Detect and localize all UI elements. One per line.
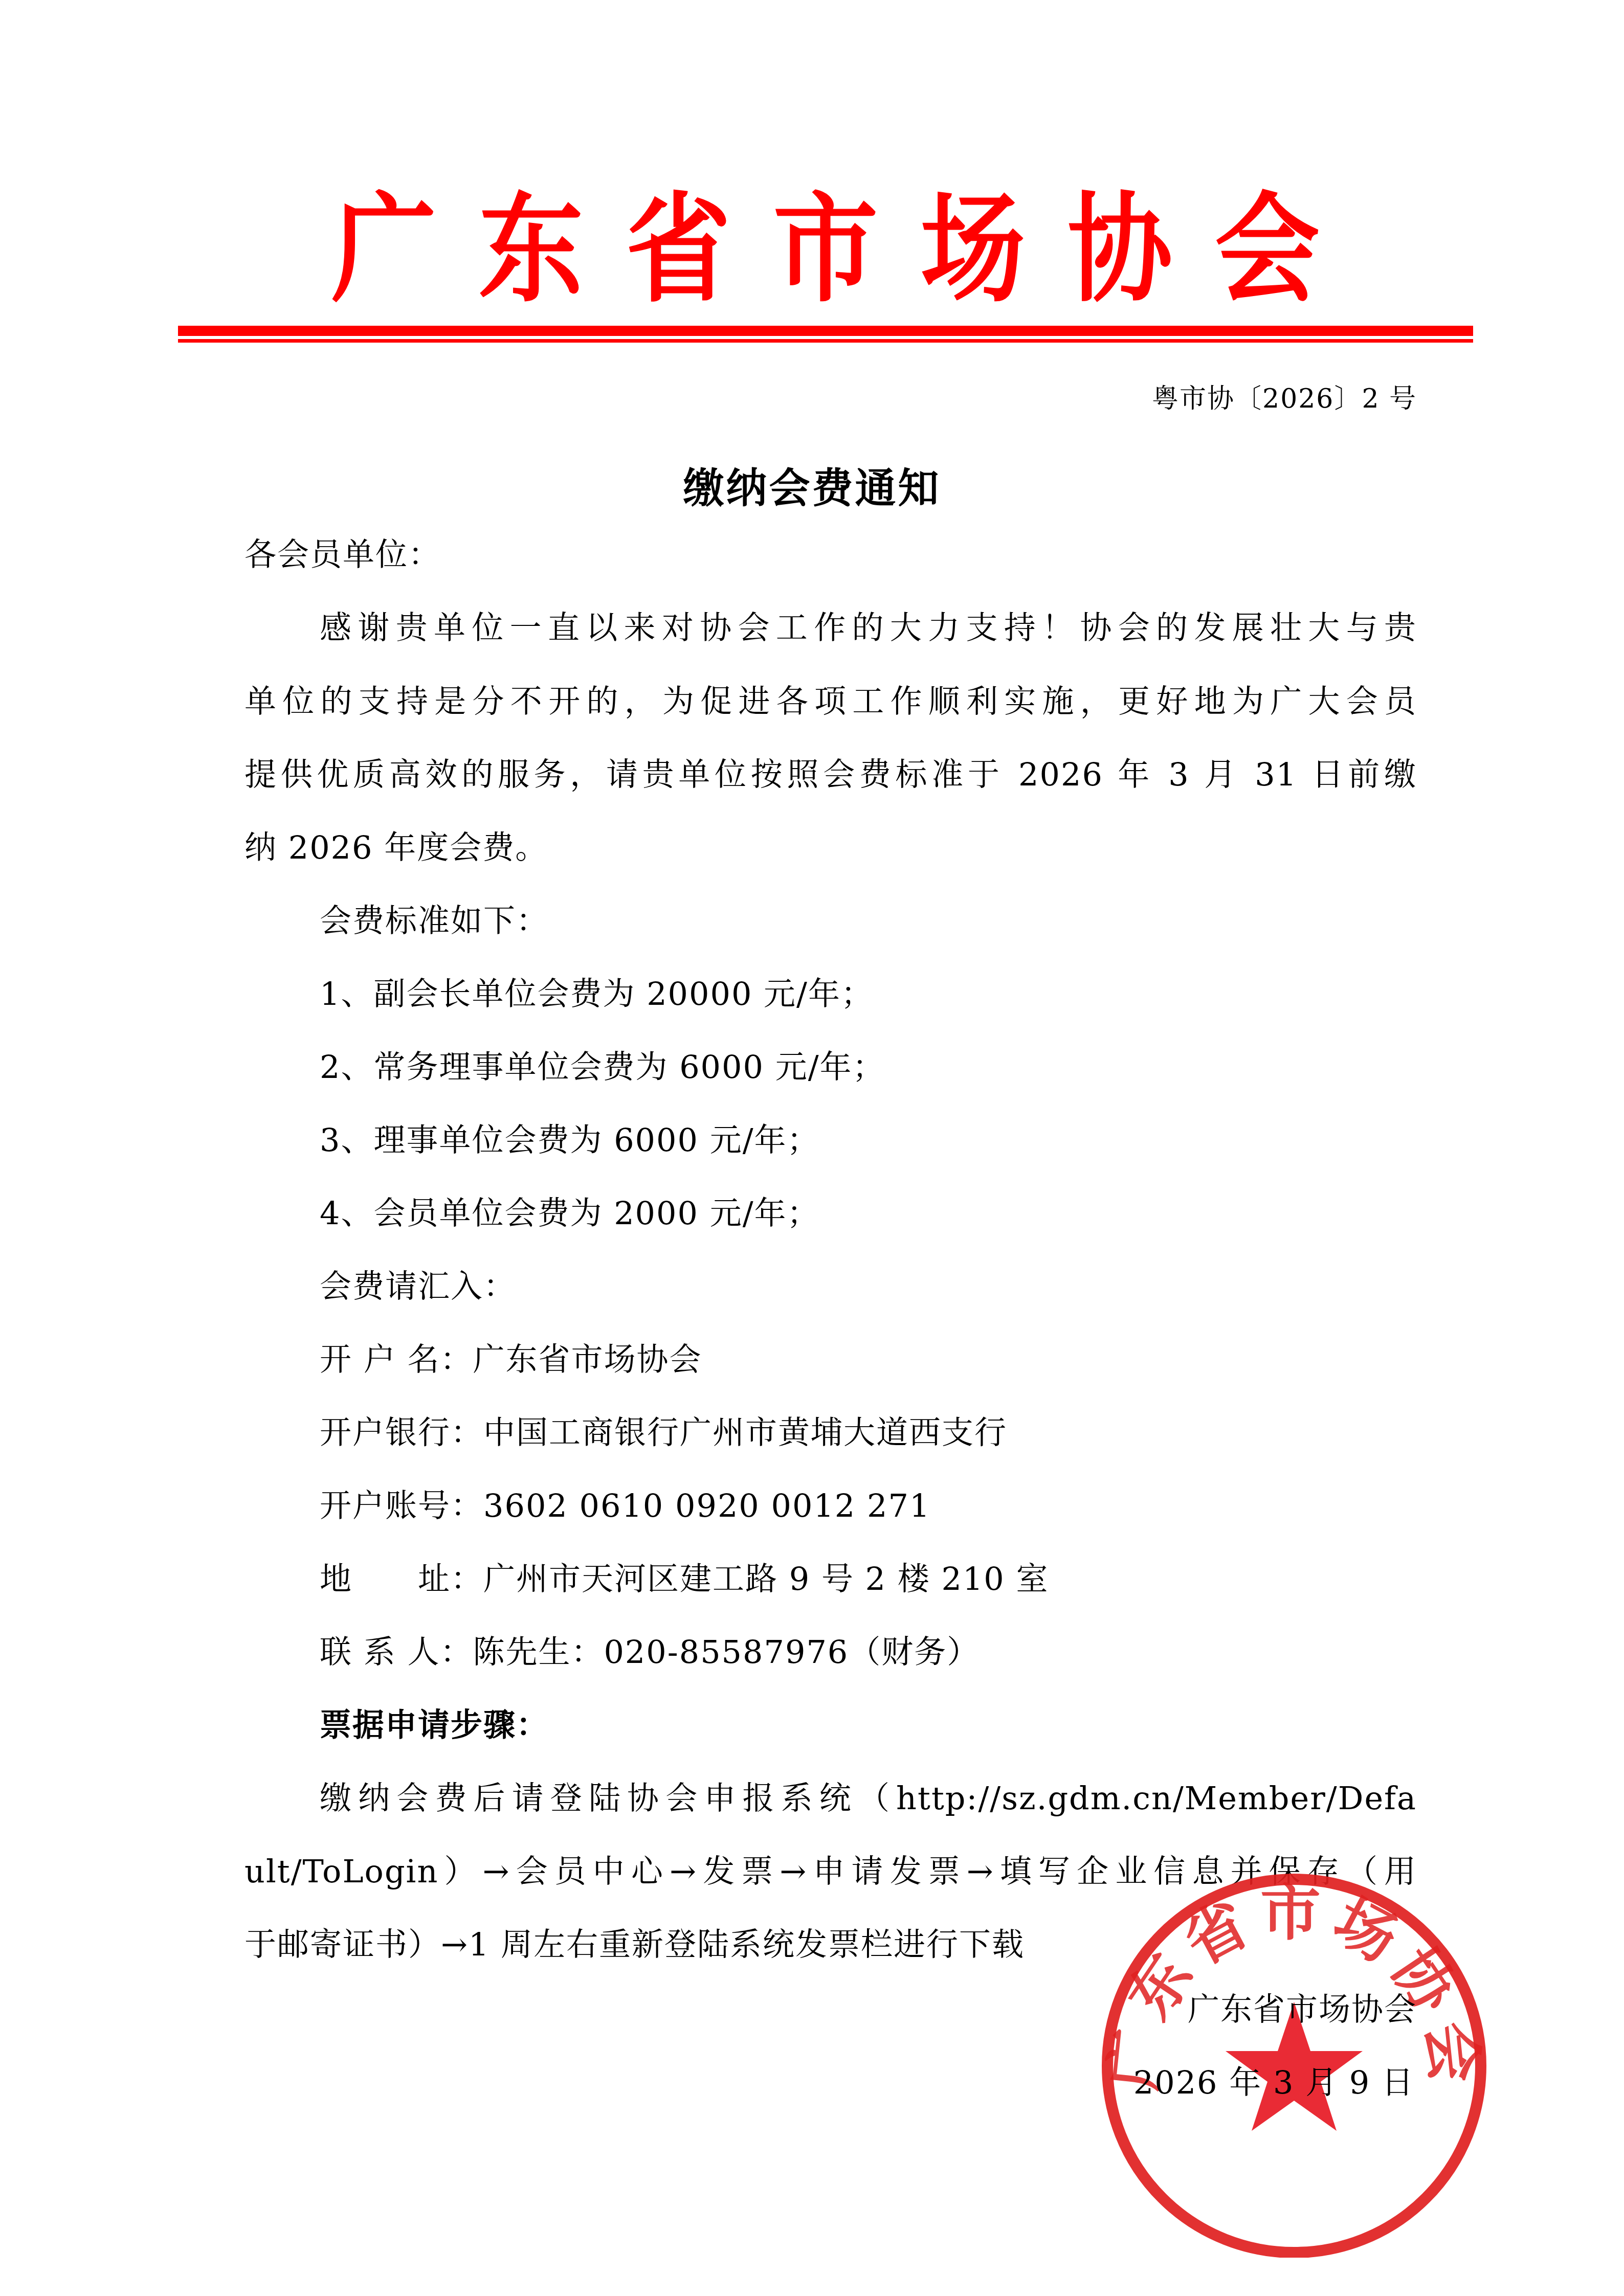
letterhead-rule-thick: [178, 326, 1473, 336]
fee-item-index: 2、: [320, 1048, 373, 1086]
fee-item: 1、副会长单位会费为 20000 元/年；: [320, 974, 874, 1015]
notice-title: 缴纳会费通知: [0, 460, 1624, 516]
fee-standard-heading: 会费标准如下：: [320, 901, 549, 941]
fee-item-text: 理事单位会费为 6000 元/年；: [373, 1121, 819, 1159]
remit-label: 开 户 名：: [320, 1341, 473, 1378]
remit-value: 3602 0610 0920 0012 271: [483, 1487, 930, 1524]
fee-item-text: 副会长单位会费为 20000 元/年；: [373, 975, 874, 1012]
letterhead-char: 协: [1067, 183, 1172, 315]
signoff-date: 2026 年 3 月 9 日: [1133, 2062, 1414, 2103]
letterhead-char: 会: [1215, 183, 1320, 315]
letterhead-char: 场: [920, 183, 1025, 315]
remit-value: 广东省市场协会: [473, 1341, 702, 1378]
fee-item: 2、常务理事单位会费为 6000 元/年；: [320, 1047, 885, 1088]
salutation: 各会员单位：: [244, 534, 441, 575]
fee-item-index: 3、: [320, 1121, 373, 1159]
invoice-line: 缴纳会费后请登陆协会申报系统（http://sz.gdm.cn/Member/D…: [320, 1778, 1417, 1819]
remit-heading: 会费请汇入：: [320, 1266, 516, 1307]
fee-item: 3、理事单位会费为 6000 元/年；: [320, 1120, 820, 1161]
letterhead-char: 广: [331, 183, 436, 315]
intro-line: 纳 2026 年度会费。: [244, 827, 548, 868]
remit-value: 陈先生：020-85587976（财务）: [473, 1633, 980, 1671]
letterhead-char: 市: [773, 183, 878, 315]
remit-row-bank: 开户银行：中国工商银行广州市黄埔大道西支行: [320, 1412, 1007, 1453]
intro-line: 感谢贵单位一直以来对协会工作的大力支持！协会的发展壮大与贵: [320, 607, 1417, 648]
letterhead-char: 东: [479, 183, 584, 315]
remit-value: 广州市天河区建工路 9 号 2 楼 210 室: [483, 1560, 1049, 1597]
invoice-heading: 票据申请步骤：: [320, 1705, 549, 1746]
letterhead-char: 省: [626, 183, 731, 315]
remit-row-account-number: 开户账号：3602 0610 0920 0012 271: [320, 1485, 930, 1526]
fee-item-text: 常务理事单位会费为 6000 元/年；: [373, 1048, 885, 1086]
remit-label: 地 址：: [320, 1560, 483, 1597]
remit-label: 联 系 人：: [320, 1633, 473, 1671]
remit-value: 中国工商银行广州市黄埔大道西支行: [483, 1414, 1007, 1451]
intro-line: 提供优质高效的服务，请贵单位按照会费标准于 2026 年 3 月 31 日前缴: [244, 754, 1417, 795]
document-number: 粤市协〔2026〕2 号: [1152, 381, 1417, 417]
fee-item-index: 1、: [320, 975, 373, 1012]
invoice-line: 于邮寄证书）→1 周左右重新登陆系统发票栏进行下载: [244, 1924, 1025, 1965]
remit-row-account-name: 开 户 名：广东省市场协会: [320, 1339, 702, 1380]
signoff-org: 广东省市场协会: [1188, 1989, 1417, 2030]
letterhead-org-name: 广 东 省 市 场 协 会: [178, 190, 1473, 308]
remit-row-contact: 联 系 人：陈先生：020-85587976（财务）: [320, 1632, 980, 1673]
fee-item-text: 会员单位会费为 2000 元/年；: [373, 1195, 819, 1232]
letterhead-rule-thin: [178, 339, 1473, 343]
remit-row-address: 地 址：广州市天河区建工路 9 号 2 楼 210 室: [320, 1559, 1049, 1600]
remit-label: 开户账号：: [320, 1487, 483, 1524]
fee-item-index: 4、: [320, 1195, 373, 1232]
remit-label: 开户银行：: [320, 1414, 483, 1451]
fee-item: 4、会员单位会费为 2000 元/年；: [320, 1193, 820, 1234]
intro-line: 单位的支持是分不开的，为促进各项工作顺利实施，更好地为广大会员: [244, 681, 1417, 722]
